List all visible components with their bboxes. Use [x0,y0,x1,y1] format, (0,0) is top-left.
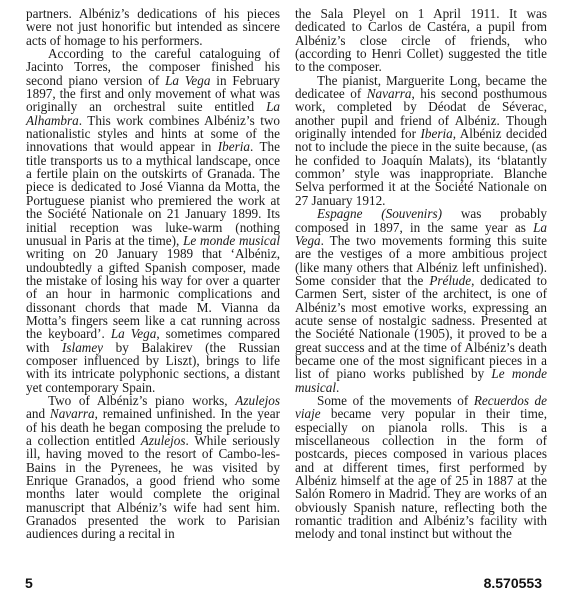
text-run: , dedicated to Carmen Sert, sister of th… [295,273,547,381]
right-column: the Sala Pleyel on 1 April 1911. It was … [295,7,547,541]
text-run: the Sala Pleyel on 1 April 1911. It was … [295,6,547,74]
body-paragraph: Some of the movements of Recuerdos de vi… [295,394,547,541]
body-paragraph: the Sala Pleyel on 1 April 1911. It was … [295,7,547,74]
page-number: 5 [25,575,33,591]
booklet-page: partners. Albéniz’s dedications of his p… [0,0,570,600]
catalogue-number: 8.570553 [484,575,542,591]
body-paragraph: The pianist, Marguerite Long, became the… [295,74,547,207]
body-paragraph: partners. Albéniz’s dedications of his p… [26,7,280,47]
text-run: became very popular in their time, espec… [295,406,547,541]
body-paragraph: According to the careful cataloguing of … [26,47,280,394]
left-column: partners. Albéniz’s dedications of his p… [26,7,280,541]
body-paragraph: Espagne (Souvenirs) was probably compose… [295,207,547,394]
text-run: . The title transports us to a mythical … [26,139,280,247]
text-run: . While seriously ill, having moved to t… [26,433,280,541]
body-paragraph: Two of Albéniz’s piano works, Azulejos a… [26,394,280,541]
text-run: partners. Albéniz’s dedications of his p… [26,6,280,48]
